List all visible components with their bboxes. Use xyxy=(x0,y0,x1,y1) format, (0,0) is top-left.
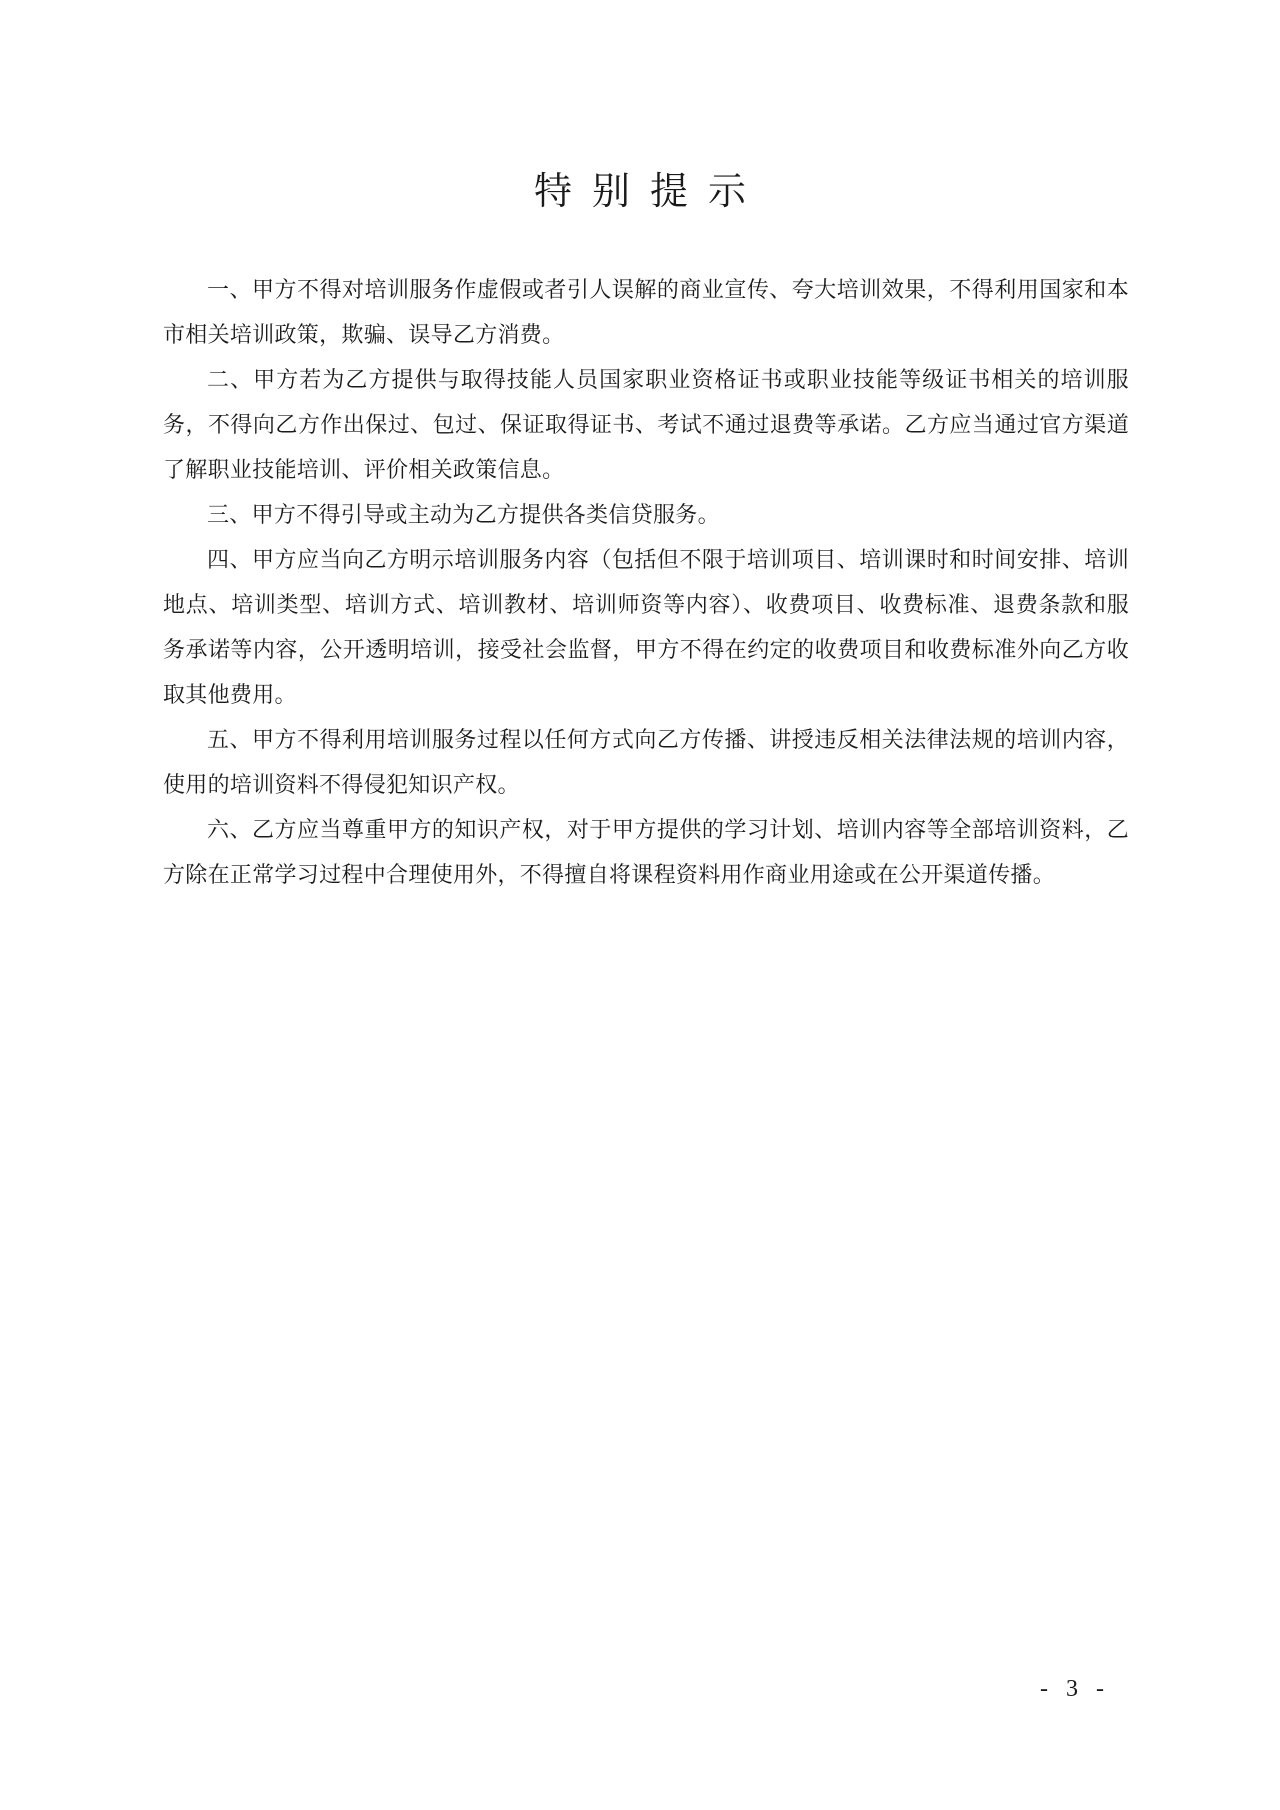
paragraph-5: 五、甲方不得利用培训服务过程以任何方式向乙方传播、讲授违反相关法律法规的培训内容… xyxy=(163,718,1129,808)
paragraph-4: 四、甲方应当向乙方明示培训服务内容（包括但不限于培训项目、培训课时和时间安排、培… xyxy=(163,538,1129,718)
document-page: 特别提示 一、甲方不得对培训服务作虚假或者引人误解的商业宣传、夸大培训效果，不得… xyxy=(0,0,1280,1810)
page-number: - 3 - xyxy=(1040,1676,1110,1703)
paragraph-3: 三、甲方不得引导或主动为乙方提供各类信贷服务。 xyxy=(163,493,1129,538)
page-title: 特别提示 xyxy=(0,160,1280,215)
paragraph-1: 一、甲方不得对培训服务作虚假或者引人误解的商业宣传、夸大培训效果，不得利用国家和… xyxy=(163,268,1129,358)
document-body: 一、甲方不得对培训服务作虚假或者引人误解的商业宣传、夸大培训效果，不得利用国家和… xyxy=(163,268,1129,898)
paragraph-6: 六、乙方应当尊重甲方的知识产权，对于甲方提供的学习计划、培训内容等全部培训资料，… xyxy=(163,808,1129,898)
paragraph-2: 二、甲方若为乙方提供与取得技能人员国家职业资格证书或职业技能等级证书相关的培训服… xyxy=(163,358,1129,493)
